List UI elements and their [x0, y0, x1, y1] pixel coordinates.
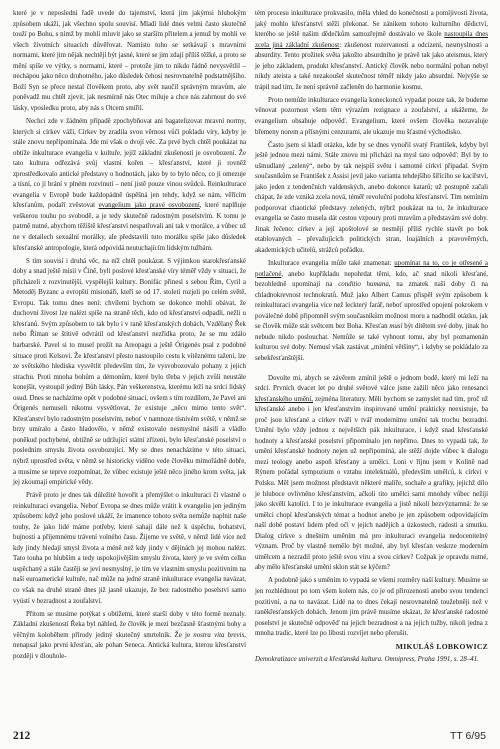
paragraph: Nechci zde v žádném případě zpochybňovat…	[13, 117, 246, 254]
underlined-phrase: křesťanského umění,	[255, 396, 313, 403]
source-citation: Demokratizace univerzit a křesťanská kul…	[255, 655, 488, 666]
journal-issue-label: TT 6/95	[450, 730, 486, 742]
italic-phrase: musí	[389, 323, 402, 330]
paragraph: Přitom se musíme potýkat s obtížemi, kte…	[13, 610, 246, 663]
text-run: Nechci zde v žádném případě zpochybňovat…	[13, 118, 246, 209]
paragraph: Inkulturace evangelia může také znamenat…	[255, 259, 488, 364]
author-name: MIKULÁŠ LOBKOWICZ	[255, 642, 488, 653]
italic-phrase: nostra vita brevis	[193, 632, 244, 639]
text-run: A podobně jako s uměním to vypadá se vše…	[255, 577, 488, 637]
left-column: které je v neposlední řadě uvede do taje…	[13, 9, 246, 666]
text-run: , které naplňuje veškerou touhu po svobo…	[13, 202, 246, 251]
paragraph: A podobně jako s uměním to vypadá se vše…	[255, 576, 488, 639]
paragraph: Dovolte mi, abych se závěrem zmínil ješt…	[255, 374, 488, 574]
text-run: : zkušenost rozervanosti a odcizení, nes…	[255, 42, 488, 91]
right-column: tém procesu inkulturace prokvasilo, měla…	[255, 9, 488, 666]
paragraph: Právě proto je dnes tak důležité hovořit…	[13, 491, 246, 607]
underlined-phrase: evangelium jako pravé osvobození	[99, 202, 200, 209]
text-run: S tím souvisí i druhá věc, na níž chtěl …	[13, 258, 246, 486]
paragraph: Často jsem si kladl otázku, kde by se dn…	[255, 141, 488, 257]
scanned-document-page: které je v neposlední řadě uvede do taje…	[0, 0, 500, 749]
text-run: Často jsem si kladl otázku, kde by se dn…	[255, 142, 488, 254]
paragraph: tém procesu inkulturace prokvasilo, měla…	[255, 9, 488, 93]
text-run: Právě proto je dnes tak důležité hovořit…	[13, 492, 246, 604]
italic-phrase: conditio humana	[338, 281, 389, 288]
paragraph: Proto nemůže inkulturace evangelia konec…	[255, 96, 488, 138]
paragraph: které je v neposlední řadě uvede do taje…	[13, 9, 246, 114]
text-run: Proto nemůže inkulturace evangelia konec…	[255, 97, 488, 136]
page-number: 212	[13, 730, 30, 742]
text-run: Inkulturace evangelia může také znamenat…	[268, 260, 394, 267]
text-run: zejména literatury. Měli bychom se zamys…	[255, 396, 488, 572]
text-run: které je v neposlední řadě uvede do taje…	[13, 10, 246, 112]
text-run: Dovolte mi, abych se závěrem zmínil ješt…	[255, 375, 488, 393]
paragraph: S tím souvisí i druhá věc, na níž chtěl …	[13, 257, 246, 489]
text-columns: které je v neposlední řadě uvede do taje…	[13, 9, 487, 666]
